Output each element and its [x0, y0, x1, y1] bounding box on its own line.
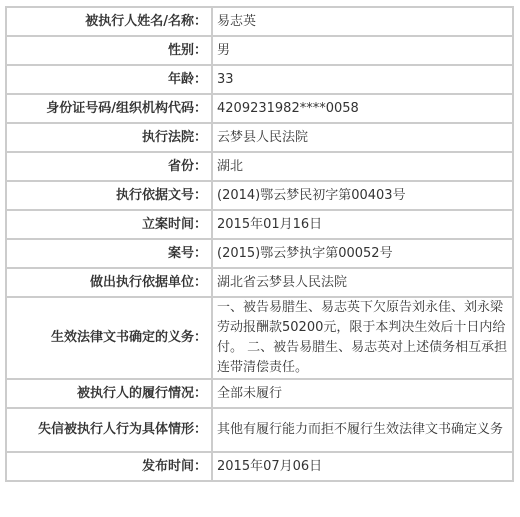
label-court: 执行法院：: [6, 123, 212, 152]
value-obligations: 一、被告易腊生、易志英下欠原告刘永佳、刘永梁劳动报酬款50200元，限于本判决生…: [212, 297, 513, 379]
value-gender: 男: [212, 36, 513, 65]
label-name: 被执行人姓名/名称：: [6, 7, 212, 36]
value-case-number: (2015)鄂云梦执字第00052号: [212, 239, 513, 268]
row-performance-status: 被执行人的履行情况： 全部未履行: [6, 379, 513, 408]
value-dishonest-behavior: 其他有履行能力而拒不履行生效法律文书确定义务: [212, 408, 513, 452]
row-filing-date: 立案时间： 2015年01月16日: [6, 210, 513, 239]
row-case-number: 案号： (2015)鄂云梦执字第00052号: [6, 239, 513, 268]
value-province: 湖北: [212, 152, 513, 181]
label-publish-date: 发布时间：: [6, 452, 212, 481]
label-obligations: 生效法律文书确定的义务：: [6, 297, 212, 379]
row-name: 被执行人姓名/名称： 易志英: [6, 7, 513, 36]
value-publish-date: 2015年07月06日: [212, 452, 513, 481]
label-gender: 性别：: [6, 36, 212, 65]
row-issuing-unit: 做出执行依据单位： 湖北省云梦县人民法院: [6, 268, 513, 297]
row-publish-date: 发布时间： 2015年07月06日: [6, 452, 513, 481]
label-age: 年龄：: [6, 65, 212, 94]
label-id-number: 身份证号码/组织机构代码：: [6, 94, 212, 123]
label-basis-document-number: 执行依据文号：: [6, 181, 212, 210]
value-filing-date: 2015年01月16日: [212, 210, 513, 239]
dishonest-debtor-info-table: 被执行人姓名/名称： 易志英 性别： 男 年龄： 33 身份证号码/组织机构代码…: [5, 6, 514, 482]
row-gender: 性别： 男: [6, 36, 513, 65]
label-case-number: 案号：: [6, 239, 212, 268]
value-age: 33: [212, 65, 513, 94]
row-age: 年龄： 33: [6, 65, 513, 94]
value-court: 云梦县人民法院: [212, 123, 513, 152]
row-dishonest-behavior: 失信被执行人行为具体情形： 其他有履行能力而拒不履行生效法律文书确定义务: [6, 408, 513, 452]
row-court: 执行法院： 云梦县人民法院: [6, 123, 513, 152]
label-filing-date: 立案时间：: [6, 210, 212, 239]
row-id-number: 身份证号码/组织机构代码： 4209231982****0058: [6, 94, 513, 123]
row-province: 省份： 湖北: [6, 152, 513, 181]
value-performance-status: 全部未履行: [212, 379, 513, 408]
row-obligations: 生效法律文书确定的义务： 一、被告易腊生、易志英下欠原告刘永佳、刘永梁劳动报酬款…: [6, 297, 513, 379]
value-issuing-unit: 湖北省云梦县人民法院: [212, 268, 513, 297]
label-performance-status: 被执行人的履行情况：: [6, 379, 212, 408]
value-basis-document-number: (2014)鄂云梦民初字第00403号: [212, 181, 513, 210]
value-name: 易志英: [212, 7, 513, 36]
label-province: 省份：: [6, 152, 212, 181]
row-basis-document-number: 执行依据文号： (2014)鄂云梦民初字第00403号: [6, 181, 513, 210]
label-issuing-unit: 做出执行依据单位：: [6, 268, 212, 297]
label-dishonest-behavior: 失信被执行人行为具体情形：: [6, 408, 212, 452]
value-id-number: 4209231982****0058: [212, 94, 513, 123]
